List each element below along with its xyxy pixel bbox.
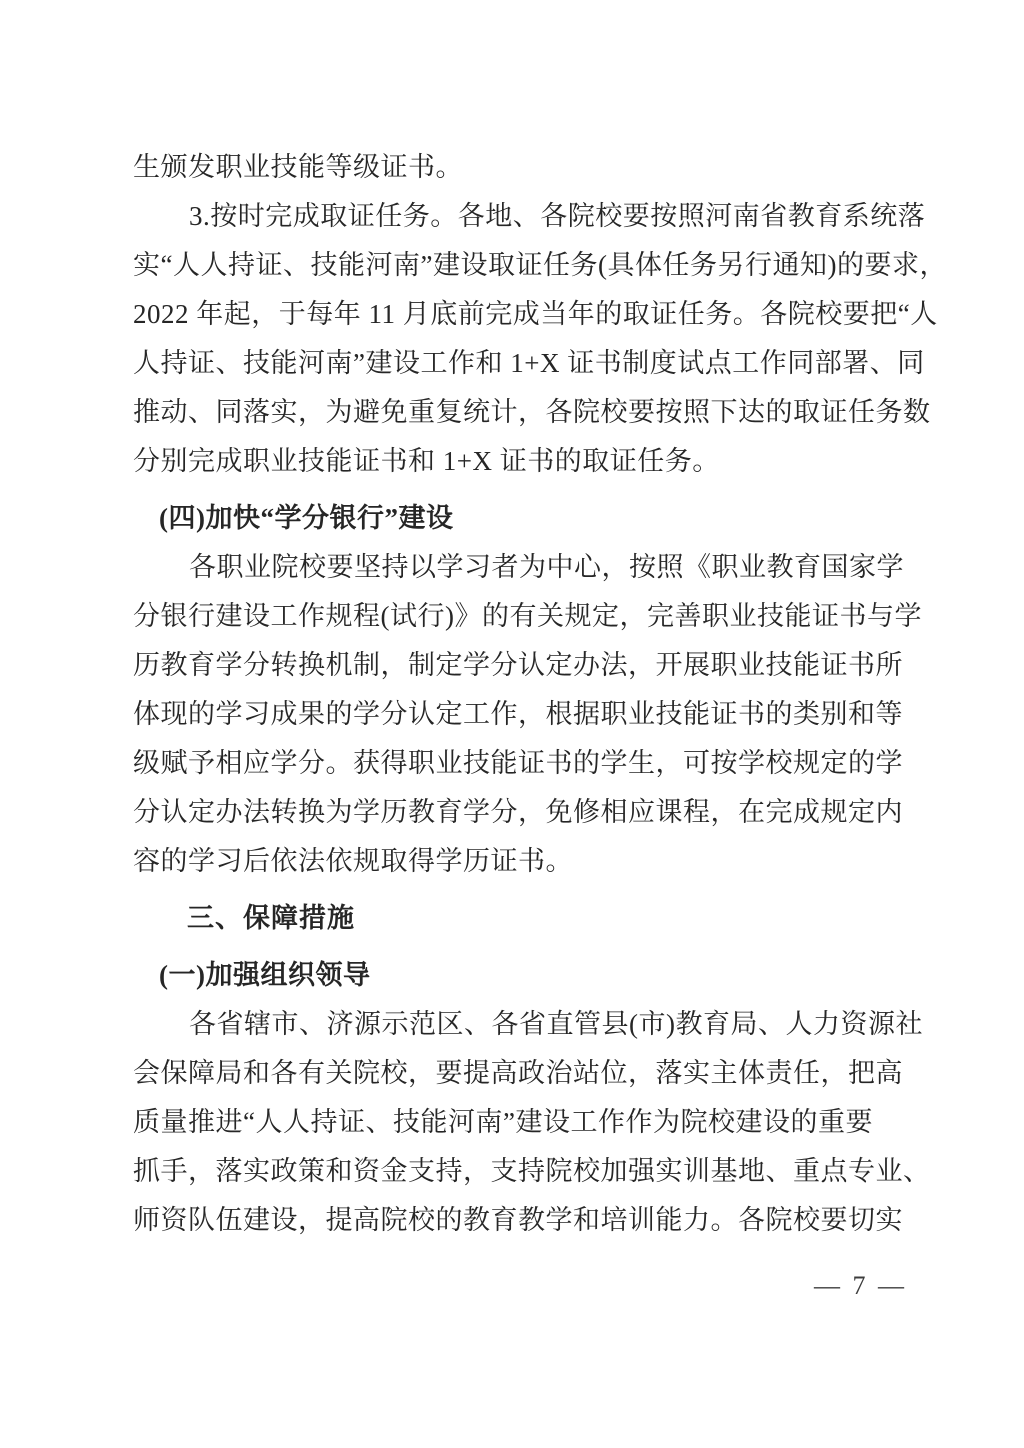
subheading-org-leadership: (一)加强组织领导 [133, 951, 919, 1000]
text-line: 抓手，落实政策和资金支持，支持院校加强实训基地、重点专业、 [133, 1147, 919, 1196]
text-line: 推动、同落实，为避免重复统计，各院校要按照下达的取证任务数 [133, 388, 919, 437]
text-line: 分银行建设工作规程(试行)》的有关规定，完善职业技能证书与学 [133, 592, 919, 641]
text-line: 2022 年起，于每年 11 月底前完成当年的取证任务。各院校要把“人 [133, 290, 919, 339]
text-line: 历教育学分转换机制，制定学分认定办法，开展职业技能证书所 [133, 641, 919, 690]
text-line: 各职业院校要坚持以学习者为中心，按照《职业教育国家学 [133, 543, 919, 592]
section-heading-safeguards: 三、保障措施 [133, 894, 919, 943]
text-line: 师资队伍建设，提高院校的教育教学和培训能力。各院校要切实 [133, 1196, 919, 1245]
text-line: 各省辖市、济源示范区、各省直管县(市)教育局、人力资源社 [133, 1000, 919, 1049]
text-line: 级赋予相应学分。获得职业技能证书的学生，可按学校规定的学 [133, 739, 919, 788]
text-line: 质量推进“人人持证、技能河南”建设工作作为院校建设的重要 [133, 1098, 919, 1147]
document-page: 生颁发职业技能等级证书。 3.按时完成取证任务。各地、各院校要按照河南省教育系统… [0, 0, 1024, 1448]
subheading-credit-bank: (四)加快“学分银行”建设 [133, 494, 919, 543]
document-body: 生颁发职业技能等级证书。 3.按时完成取证任务。各地、各院校要按照河南省教育系统… [133, 143, 919, 1245]
text-line: 分别完成职业技能证书和 1+X 证书的取证任务。 [133, 437, 919, 486]
text-line: 体现的学习成果的学分认定工作，根据职业技能证书的类别和等 [133, 690, 919, 739]
text-line: 会保障局和各有关院校，要提高政治站位，落实主体责任，把高 [133, 1049, 919, 1098]
text-line: 人持证、技能河南”建设工作和 1+X 证书制度试点工作同部署、同 [133, 339, 919, 388]
text-line: 生颁发职业技能等级证书。 [133, 143, 919, 192]
text-line: 实“人人持证、技能河南”建设取证任务(具体任务另行通知)的要求， [133, 241, 919, 290]
text-line: 3.按时完成取证任务。各地、各院校要按照河南省教育系统落 [133, 192, 919, 241]
page-number: — 7 — [814, 1270, 907, 1302]
text-line: 分认定办法转换为学历教育学分，免修相应课程，在完成规定内 [133, 788, 919, 837]
text-line: 容的学习后依法依规取得学历证书。 [133, 837, 919, 886]
